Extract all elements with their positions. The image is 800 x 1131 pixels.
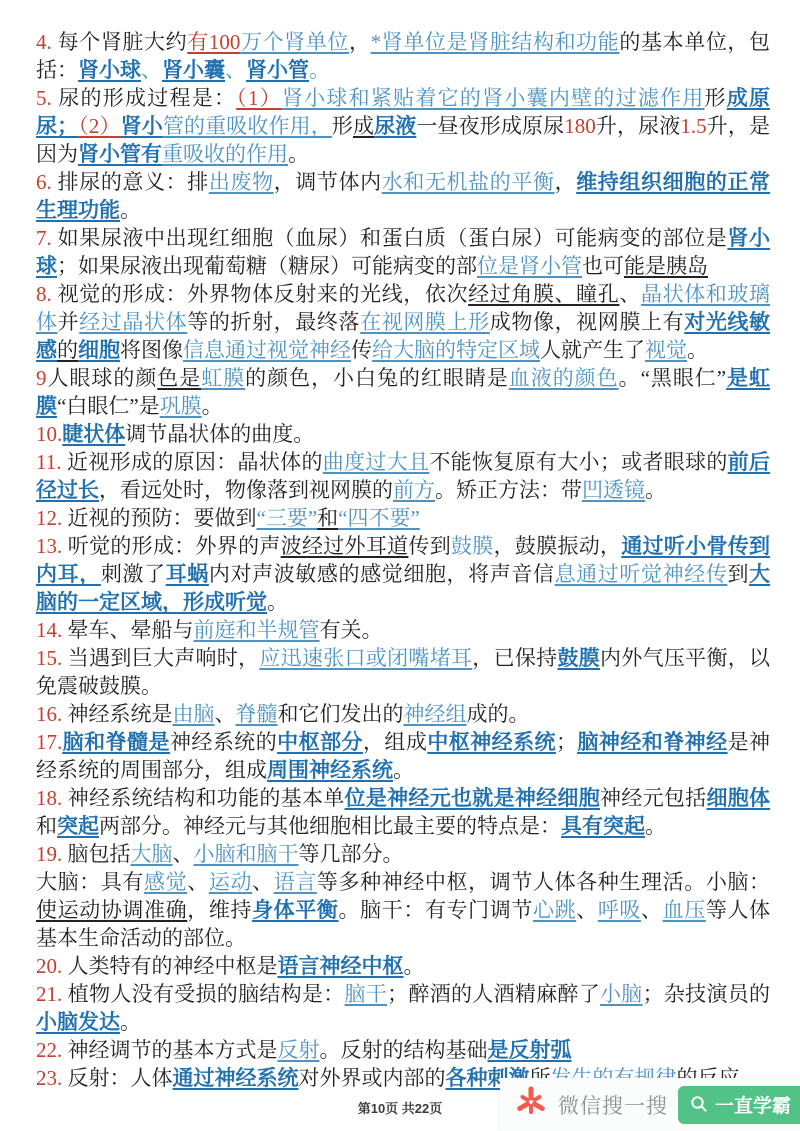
item-number: 16. xyxy=(36,702,68,726)
highlight-run: 曲度过大且 xyxy=(323,450,430,474)
note-item-10: 10.睫状体调节晶状体的曲度。 xyxy=(36,420,770,448)
note-item-21: 21. 植物人没有受损的脑结构是：脑干；醉酒的人酒精麻醉了小脑；杂技演员的小脑发… xyxy=(36,980,770,1036)
note-item-14: 14. 晕车、晕船与前庭和半规管有关。 xyxy=(36,616,770,644)
highlight-run: 位是神经元也就是神经细胞 xyxy=(345,786,600,810)
highlight-run: 语言 xyxy=(274,870,317,894)
highlight-run: 脑神经和脊神经 xyxy=(577,730,728,754)
text-run: 等几部分。 xyxy=(299,842,404,866)
highlight-run: 小脑 xyxy=(600,982,643,1006)
highlight-run: 神经组 xyxy=(404,702,467,726)
text-run: ， xyxy=(349,30,371,54)
document-body: 4. 每个肾脏大约有100万个肾单位，*肾单位是肾脏结构和功能的基本单位，包括：… xyxy=(0,0,800,1092)
item-number: 6. xyxy=(36,170,58,194)
text-run: 。 xyxy=(404,954,425,978)
highlight-run: 语言神经中枢 xyxy=(278,954,404,978)
item-number: 21. xyxy=(36,982,68,1006)
highlight-run: 重吸收的作用 xyxy=(162,142,288,166)
text-run: ； xyxy=(556,730,577,754)
text-run: 也可 xyxy=(582,254,624,278)
text-run: 对外界或内部的 xyxy=(299,1066,446,1090)
text-run: 。 xyxy=(645,478,666,502)
item-number: 15. xyxy=(36,646,68,670)
item-number: 19. xyxy=(36,842,68,866)
text-run: 波经过外耳道 xyxy=(281,534,409,558)
highlight-run: 。 xyxy=(309,58,330,82)
text-run: ，维持 xyxy=(187,898,252,922)
item-number: 5. xyxy=(36,86,58,110)
item-number: 8. xyxy=(36,282,58,306)
item-number: 有100 xyxy=(187,30,240,54)
highlight-run: 视觉 xyxy=(645,338,687,362)
highlight-run: 肾小管有 xyxy=(78,142,162,166)
note-item-9: 9人眼球的颜色是虹膜的颜色，小白兔的红眼睛是血液的颜色。“黑眼仁”是虹膜“白眼仁… xyxy=(36,364,770,420)
text-run: ，组成 xyxy=(363,730,427,754)
text-run: 、 xyxy=(187,870,209,894)
text-run: 。脑干：有专门调节 xyxy=(339,898,533,922)
highlight-run: 位是肾小管 xyxy=(477,254,582,278)
text-run: 成物像，视网膜上有 xyxy=(490,310,684,334)
text-run: 成的。 xyxy=(467,702,530,726)
highlight-run: 肾小球和紧贴着它的肾小囊内壁的过滤作用 xyxy=(282,86,705,110)
highlight-run: 尿液 xyxy=(374,114,416,138)
text-run: 大脑：具有 xyxy=(36,870,144,894)
text-run: 晕车、晕船与 xyxy=(68,618,194,642)
item-number: （1） xyxy=(236,86,282,110)
highlight-run: 血压 xyxy=(663,898,706,922)
note-item-4: 4. 每个肾脏大约有100万个肾单位，*肾单位是肾脏结构和功能的基本单位，包括：… xyxy=(36,28,770,84)
text-run: 并 xyxy=(58,310,80,334)
item-number: 4. xyxy=(36,30,58,54)
text-run: “白眼仁”是 xyxy=(57,394,160,418)
text-run: 。 xyxy=(202,394,223,418)
highlight-run: 肾小球 xyxy=(78,58,141,82)
text-run: 神经系统结构和功能的基本单 xyxy=(68,786,345,810)
watermark-card: 微信搜一搜 一直学霸 xyxy=(500,1078,800,1131)
highlight-run: 管的重吸收作用， xyxy=(163,114,332,138)
highlight-run: 血液的颜色 xyxy=(509,366,619,390)
highlight-run: “四不要” xyxy=(338,506,420,530)
highlight-run: 脑干 xyxy=(345,982,388,1006)
text-run: 每个肾脏大约 xyxy=(58,30,188,54)
text-run: 的 xyxy=(57,338,78,362)
text-run: 将图像 xyxy=(120,338,183,362)
text-run: 视觉的形成：外界物体反射来的光线，依次 xyxy=(58,282,469,306)
text-run: 当遇到巨大声响时， xyxy=(68,646,260,670)
text-run: 和 xyxy=(36,814,57,838)
text-run: 传到 xyxy=(408,534,451,558)
item-number: 17. xyxy=(36,730,62,754)
highlight-run: 前方 xyxy=(393,478,435,502)
text-run: 植物人没有受损的脑结构是： xyxy=(68,982,345,1006)
text-run: 。“黑眼仁” xyxy=(619,366,726,390)
text-run: 。 xyxy=(120,1010,141,1034)
text-run: 近视的预防：要做到 xyxy=(68,506,257,530)
highlight-run: 身体平衡 xyxy=(252,898,338,922)
highlight-run: 小脑和脑干 xyxy=(194,842,299,866)
highlight-run: 小脑发达 xyxy=(36,1010,120,1034)
text-run: 。矫正方法：带 xyxy=(435,478,582,502)
item-number: 23. xyxy=(36,1066,68,1090)
text-run: 排尿的意义：排 xyxy=(58,170,209,194)
text-run: 、 xyxy=(173,842,194,866)
item-number: 18. xyxy=(36,786,68,810)
highlight-run: 万个肾单位 xyxy=(240,30,349,54)
highlight-run: 运动 xyxy=(209,870,252,894)
text-run: 到 xyxy=(727,562,749,586)
highlight-run: 大脑 xyxy=(131,842,173,866)
highlight-run: 心跳 xyxy=(533,898,576,922)
note-item-19: 19. 脑包括大脑、小脑和脑干等几部分。 xyxy=(36,840,770,868)
text-run: 听觉的形成：外界的声 xyxy=(68,534,281,558)
item-number: 13. xyxy=(36,534,68,558)
text-run: 近视形成的原因：晶状体的 xyxy=(67,450,323,474)
highlight-run: 肾小管 xyxy=(246,58,309,82)
text-run: 经过角膜、瞳孔 xyxy=(468,282,619,306)
text-run: 神经系统是 xyxy=(68,702,173,726)
text-run: 两部分。神经元与其他细胞相比最主要的特点是： xyxy=(99,814,561,838)
highlight-run: 、 xyxy=(141,58,162,82)
item-number: 11. xyxy=(36,450,67,474)
note-item-12: 12. 近视的预防：要做到“三要”和“四不要” xyxy=(36,504,770,532)
text-run: 人眼球的颜 xyxy=(47,366,158,390)
text-run: 。 xyxy=(267,590,288,614)
note-item-18: 18. 神经系统结构和功能的基本单位是神经元也就是神经细胞神经元包括细胞体和突起… xyxy=(36,784,770,840)
highlight-run: 鼓膜 xyxy=(557,646,600,670)
note-item-8: 8. 视觉的形成：外界物体反射来的光线，依次经过角膜、瞳孔、晶状体和玻璃体并经过… xyxy=(36,280,770,364)
text-run: 尿的形成过程是： xyxy=(58,86,236,110)
text-run: 能是胰岛 xyxy=(624,254,708,278)
text-run: 调节晶状体的曲度。 xyxy=(125,422,314,446)
note-item-6: 6. 排尿的意义：排出废物，调节体内水和无机盐的平衡，维持组织细胞的正常生理功能… xyxy=(36,168,770,224)
item-number: 14. xyxy=(36,618,68,642)
highlight-run: 经过晶状体 xyxy=(79,310,187,334)
watermark-search-button: 一直学霸 xyxy=(678,1086,800,1124)
item-number: 22. xyxy=(36,1038,68,1062)
item-number: 12. xyxy=(36,506,68,530)
text-run: 色是 xyxy=(157,366,201,390)
highlight-run: 鼓膜 xyxy=(451,534,494,558)
highlight-run: 水和无机盐的平衡 xyxy=(382,170,555,194)
text-run: 如果尿液中出现红细胞（血尿）和蛋白质（蛋白尿）可能病变的部位是 xyxy=(58,226,728,250)
text-run: ，调节体内 xyxy=(274,170,382,194)
text-run: 等多种神经中枢，调节人体各种生理活。小脑： xyxy=(317,870,770,894)
text-run: 。 xyxy=(393,758,414,782)
text-run: 、 xyxy=(619,282,641,306)
highlight-run: 巩膜 xyxy=(160,394,202,418)
text-run: 一昼夜形成原尿 xyxy=(416,114,564,138)
page: 4. 每个肾脏大约有100万个肾单位，*肾单位是肾脏结构和功能的基本单位，包括：… xyxy=(0,0,800,1131)
note-item-5: 5. 尿的形成过程是：（1）肾小球和紧贴着它的肾小囊内壁的过滤作用形成原尿；（2… xyxy=(36,84,770,168)
text-run: 、 xyxy=(252,870,274,894)
item-number: 10. xyxy=(36,422,62,446)
highlight-run: 应迅速张口或闭嘴堵耳 xyxy=(259,646,472,670)
text-run: 神经调节的基本方式是 xyxy=(68,1038,278,1062)
text-run: 。 xyxy=(687,338,708,362)
highlight-run: 反射 xyxy=(278,1038,320,1062)
highlight-run: 细胞 xyxy=(78,338,120,362)
text-run: 神经元包括 xyxy=(600,786,706,810)
highlight-run: 肾小囊 xyxy=(162,58,225,82)
text-run: 和 xyxy=(317,506,338,530)
highlight-run: 肾小 xyxy=(121,114,163,138)
text-run: 传 xyxy=(351,338,372,362)
text-run: ，已保持 xyxy=(472,646,557,670)
highlight-run: 脑和脊髓是 xyxy=(62,730,170,754)
highlight-run: 信息通过视觉神经 xyxy=(183,338,351,362)
note-item-13: 13. 听觉的形成：外界的声波经过外耳道传到鼓膜，鼓膜振动，通过听小骨传到内耳，… xyxy=(36,532,770,616)
text-run: 使运动协调准确 xyxy=(36,898,187,922)
highlight-run: 在视网膜上形 xyxy=(360,310,490,334)
item-number: 9 xyxy=(36,366,47,390)
highlight-run: 细胞体 xyxy=(706,786,770,810)
highlight-run: 由脑 xyxy=(173,702,215,726)
text-run: 。 xyxy=(645,814,666,838)
text-run: 脑包括 xyxy=(68,842,131,866)
text-run: 。反射的结构基础 xyxy=(320,1038,488,1062)
item-number: 180 xyxy=(564,114,596,138)
text-run: 、 xyxy=(641,898,663,922)
item-number: 1.5 xyxy=(680,114,706,138)
note-item-16: 16. 神经系统是由脑、脊髓和它们发出的神经组成的。 xyxy=(36,700,770,728)
item-number: 20. xyxy=(36,954,68,978)
note-item-22: 22. 神经调节的基本方式是反射。反射的结构基础是反射弧 xyxy=(36,1036,770,1064)
text-run: ，看远处时，物像落到视网膜的 xyxy=(99,478,393,502)
item-number: （2） xyxy=(78,114,121,138)
wechat-search-logo-icon xyxy=(514,1085,548,1124)
note-item-11: 11. 近视形成的原因：晶状体的曲度过大且不能恢复原有大小；或者眼球的前后径过长… xyxy=(36,448,770,504)
text-run: 形 xyxy=(705,86,727,110)
watermark-button-label: 一直学霸 xyxy=(715,1091,791,1118)
text-run: 内对声波敏感的感觉细胞，将声音信 xyxy=(209,562,555,586)
note-item-19b: 大脑：具有感觉、运动、语言等多种神经中枢，调节人体各种生理活。小脑：使运动协调准… xyxy=(36,868,770,952)
highlight-run: 给大脑的特定区域 xyxy=(372,338,540,362)
text-run: 、 xyxy=(215,702,236,726)
highlight-run: 脊髓 xyxy=(236,702,278,726)
text-run: 刺激了 xyxy=(101,562,166,586)
highlight-run: 前庭和半规管 xyxy=(194,618,320,642)
text-run: ；如果尿液出现葡萄糖（糖尿）可能病变的部 xyxy=(57,254,477,278)
text-run: ， xyxy=(555,170,577,194)
text-run: 人类特有的神经中枢是 xyxy=(68,954,278,978)
text-run: ，鼓膜振动， xyxy=(494,534,622,558)
text-run: 形 xyxy=(332,114,353,138)
text-run: 。 xyxy=(288,142,309,166)
highlight-run: “三要” xyxy=(257,506,318,530)
highlight-run: 突起 xyxy=(57,814,99,838)
note-item-20: 20. 人类特有的神经中枢是语言神经中枢。 xyxy=(36,952,770,980)
watermark-brand-text: 微信搜一搜 xyxy=(558,1090,668,1120)
text-run: 神经系统的 xyxy=(170,730,277,754)
highlight-run: 虹膜 xyxy=(201,366,245,390)
highlight-run: 、 xyxy=(225,58,246,82)
highlight-run: 凹透镜 xyxy=(582,478,645,502)
text-run: 。 xyxy=(120,198,141,222)
text-run: 等的折射，最终落 xyxy=(187,310,360,334)
highlight-run: 息通过听觉神经传 xyxy=(555,562,728,586)
highlight-run: 是反射弧 xyxy=(488,1038,572,1062)
highlight-run: 周围神经系统 xyxy=(267,758,393,782)
text-run: 人就产生了 xyxy=(540,338,645,362)
item-number: 7. xyxy=(36,226,58,250)
search-icon xyxy=(690,1095,708,1113)
text-run: ；杂技演员的 xyxy=(643,982,770,1006)
highlight-run: 呼吸 xyxy=(598,898,641,922)
highlight-run: 感觉 xyxy=(144,870,187,894)
text-run: 有关。 xyxy=(320,618,383,642)
highlight-run: 出废物 xyxy=(209,170,274,194)
note-item-7: 7. 如果尿液中出现红细胞（血尿）和蛋白质（蛋白尿）可能病变的部位是肾小球；如果… xyxy=(36,224,770,280)
highlight-run: 耳蜗 xyxy=(166,562,209,586)
text-run: 的颜色，小白兔的红眼睛是 xyxy=(245,366,509,390)
text-run: 成 xyxy=(353,114,374,138)
highlight-run: 睫状体 xyxy=(62,422,125,446)
text-run: 反射：人体 xyxy=(68,1066,173,1090)
highlight-run: 具有突起 xyxy=(561,814,645,838)
highlight-run: *肾单位是肾脏结构和功能 xyxy=(371,30,620,54)
highlight-run: 通过神经系统 xyxy=(173,1066,299,1090)
note-item-15: 15. 当遇到巨大声响时，应迅速张口或闭嘴堵耳，已保持鼓膜内外气压平衡，以免震破… xyxy=(36,644,770,700)
highlight-run: 中枢神经系统 xyxy=(427,730,556,754)
text-run: 、 xyxy=(576,898,598,922)
text-run: 升，尿液 xyxy=(596,114,681,138)
text-run: 不能恢复原有大小；或者眼球的 xyxy=(429,450,727,474)
text-run: 和它们发出的 xyxy=(278,702,404,726)
note-item-17: 17.脑和脊髓是神经系统的中枢部分，组成中枢神经系统；脑神经和脊神经是神经系统的… xyxy=(36,728,770,784)
text-run: ；醉酒的人酒精麻醉了 xyxy=(387,982,600,1006)
highlight-run: 中枢部分 xyxy=(277,730,363,754)
